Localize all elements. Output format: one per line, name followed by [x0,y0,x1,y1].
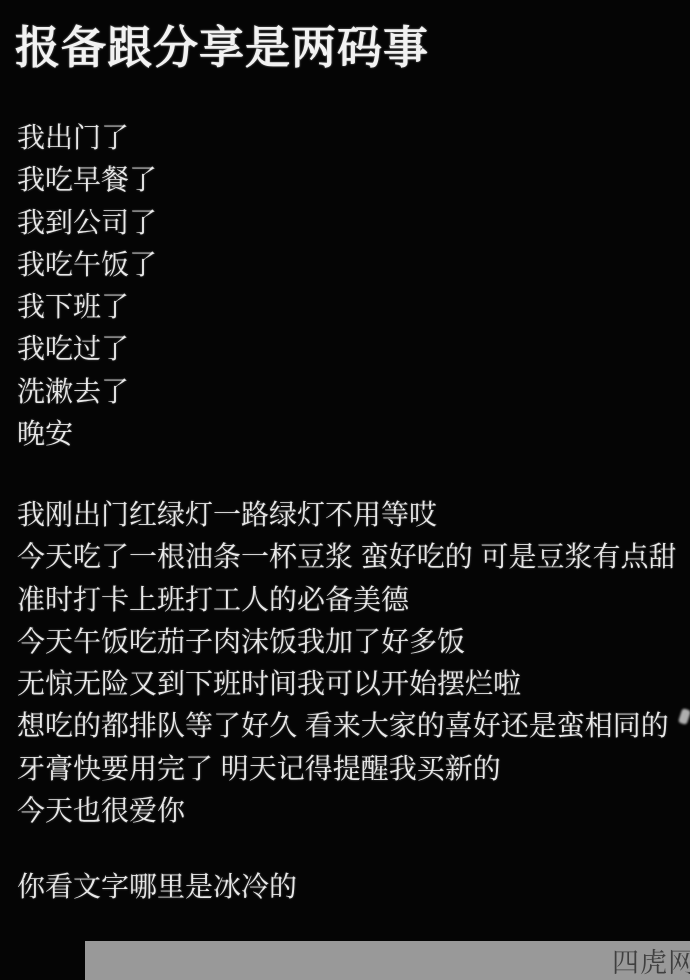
share-line: 牙膏快要用完了 明天记得提醒我买新的 [17,748,689,790]
share-line: 想吃的都排队等了好久 看来大家的喜好还是蛮相同的 [17,705,689,747]
share-line: 今天吃了一根油条一杯豆浆 蛮好吃的 可是豆浆有点甜 [17,536,689,578]
watermark-bar: 四虎网 [85,941,690,980]
watermark-text: 四虎网 [612,941,690,980]
page-title: 报备跟分享是两码事 [15,11,429,76]
share-line: 准时打卡上班打工人的必备美德 [17,579,689,621]
share-lines-block: 我刚出门红绿灯一路绿灯不用等哎 今天吃了一根油条一杯豆浆 蛮好吃的 可是豆浆有点… [17,494,689,832]
report-line: 洗漱去了 [17,371,157,413]
share-line: 我刚出门红绿灯一路绿灯不用等哎 [17,494,689,536]
closing-line: 你看文字哪里是冰冷的 [17,866,297,908]
share-line: 无惊无险又到下班时间我可以开始摆烂啦 [17,663,689,705]
report-line: 我下班了 [17,286,157,328]
report-line: 我出门了 [17,117,157,159]
share-line: 今天也很爱你 [17,790,689,832]
report-line: 我吃午饭了 [17,244,157,286]
report-lines-block: 我出门了 我吃早餐了 我到公司了 我吃午饭了 我下班了 我吃过了 洗漱去了 晚安 [17,117,157,455]
report-line: 我吃过了 [17,328,157,370]
share-line: 今天午饭吃茄子肉沫饭我加了好多饭 [17,621,689,663]
report-line: 我到公司了 [17,202,157,244]
report-line: 晚安 [17,413,157,455]
report-line: 我吃早餐了 [17,159,157,201]
text-meme-image: 报备跟分享是两码事 我出门了 我吃早餐了 我到公司了 我吃午饭了 我下班了 我吃… [0,0,690,980]
